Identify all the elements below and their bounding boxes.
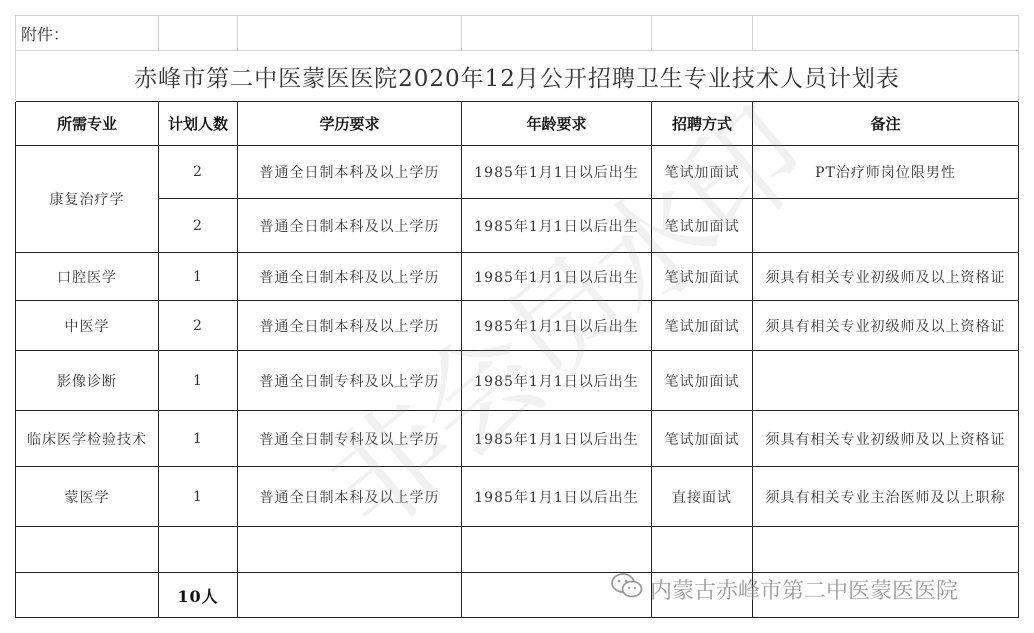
cell-count: 1 xyxy=(159,351,238,411)
attachment-label: 附件： xyxy=(16,16,159,51)
cell-note: 须具有相关专业初级师及以上资格证 xyxy=(753,411,1019,467)
cell-education: 普通全日制本科及以上学历 xyxy=(238,301,462,351)
document-title: 赤峰市第二中医蒙医医院2020年12月公开招聘卫生专业技术人员计划表 xyxy=(16,51,1019,102)
table-row: 康复治疗学 2 普通全日制本科及以上学历 1985年1月1日以后出生 笔试加面试… xyxy=(16,146,1019,199)
cell-major: 临床医学检验技术 xyxy=(16,411,159,467)
cell-age: 1985年1月1日以后出生 xyxy=(462,301,652,351)
cell-method: 笔试加面试 xyxy=(652,146,753,199)
cell-count: 2 xyxy=(159,301,238,351)
column-header-method: 招聘方式 xyxy=(652,102,753,146)
cell-age: 1985年1月1日以后出生 xyxy=(462,253,652,301)
attachment-row: 附件： xyxy=(16,16,1019,51)
cell-age: 1985年1月1日以后出生 xyxy=(462,411,652,467)
cell-count: 1 xyxy=(159,253,238,301)
cell-major: 中医学 xyxy=(16,301,159,351)
cell-education: 普通全日制本科及以上学历 xyxy=(238,467,462,527)
cell-major: 蒙医学 xyxy=(16,467,159,527)
column-header-education: 学历要求 xyxy=(238,102,462,146)
cell-age: 1985年1月1日以后出生 xyxy=(462,351,652,411)
cell-method: 笔试加面试 xyxy=(652,199,753,253)
cell-method: 笔试加面试 xyxy=(652,253,753,301)
recruitment-plan-table: 附件： 赤峰市第二中医蒙医医院2020年12月公开招聘卫生专业技术人员计划表 所… xyxy=(15,15,1019,618)
total-row: 10人 xyxy=(16,573,1019,618)
cell-method: 笔试加面试 xyxy=(652,411,753,467)
table-row: 影像诊断 1 普通全日制专科及以上学历 1985年1月1日以后出生 笔试加面试 xyxy=(16,351,1019,411)
cell-note xyxy=(753,351,1019,411)
cell-count: 2 xyxy=(159,199,238,253)
cell-education: 普通全日制本科及以上学历 xyxy=(238,199,462,253)
empty-row xyxy=(16,527,1019,573)
total-count: 10人 xyxy=(159,573,238,618)
column-header-major: 所需专业 xyxy=(16,102,159,146)
table-row: 口腔医学 1 普通全日制本科及以上学历 1985年1月1日以后出生 笔试加面试 … xyxy=(16,253,1019,301)
column-header-age: 年龄要求 xyxy=(462,102,652,146)
title-row: 赤峰市第二中医蒙医医院2020年12月公开招聘卫生专业技术人员计划表 xyxy=(16,51,1019,102)
cell-note: 须具有相关专业初级师及以上资格证 xyxy=(753,301,1019,351)
cell-age: 1985年1月1日以后出生 xyxy=(462,467,652,527)
table-row: 中医学 2 普通全日制本科及以上学历 1985年1月1日以后出生 笔试加面试 须… xyxy=(16,301,1019,351)
cell-major: 康复治疗学 xyxy=(16,146,159,253)
cell-method: 笔试加面试 xyxy=(652,301,753,351)
table-row: 2 普通全日制本科及以上学历 1985年1月1日以后出生 笔试加面试 xyxy=(16,199,1019,253)
cell-age: 1985年1月1日以后出生 xyxy=(462,199,652,253)
cell-education: 普通全日制本科及以上学历 xyxy=(238,253,462,301)
cell-major: 影像诊断 xyxy=(16,351,159,411)
cell-count: 1 xyxy=(159,467,238,527)
cell-note: 须具有相关专业初级师及以上资格证 xyxy=(753,253,1019,301)
cell-note: 须具有相关专业主治医师及以上职称 xyxy=(753,467,1019,527)
cell-count: 1 xyxy=(159,411,238,467)
recruitment-plan-sheet: 附件： 赤峰市第二中医蒙医医院2020年12月公开招聘卫生专业技术人员计划表 所… xyxy=(15,15,1019,618)
column-header-count: 计划人数 xyxy=(159,102,238,146)
cell-note: PT治疗师岗位限男性 xyxy=(753,146,1019,199)
cell-education: 普通全日制本科及以上学历 xyxy=(238,146,462,199)
cell-education: 普通全日制专科及以上学历 xyxy=(238,351,462,411)
cell-note xyxy=(753,199,1019,253)
header-row: 所需专业 计划人数 学历要求 年龄要求 招聘方式 备注 xyxy=(16,102,1019,146)
table-row: 蒙医学 1 普通全日制本科及以上学历 1985年1月1日以后出生 直接面试 须具… xyxy=(16,467,1019,527)
table-row: 临床医学检验技术 1 普通全日制专科及以上学历 1985年1月1日以后出生 笔试… xyxy=(16,411,1019,467)
cell-age: 1985年1月1日以后出生 xyxy=(462,146,652,199)
cell-major: 口腔医学 xyxy=(16,253,159,301)
column-header-note: 备注 xyxy=(753,102,1019,146)
cell-method: 笔试加面试 xyxy=(652,351,753,411)
cell-count: 2 xyxy=(159,146,238,199)
cell-method: 直接面试 xyxy=(652,467,753,527)
cell-education: 普通全日制专科及以上学历 xyxy=(238,411,462,467)
